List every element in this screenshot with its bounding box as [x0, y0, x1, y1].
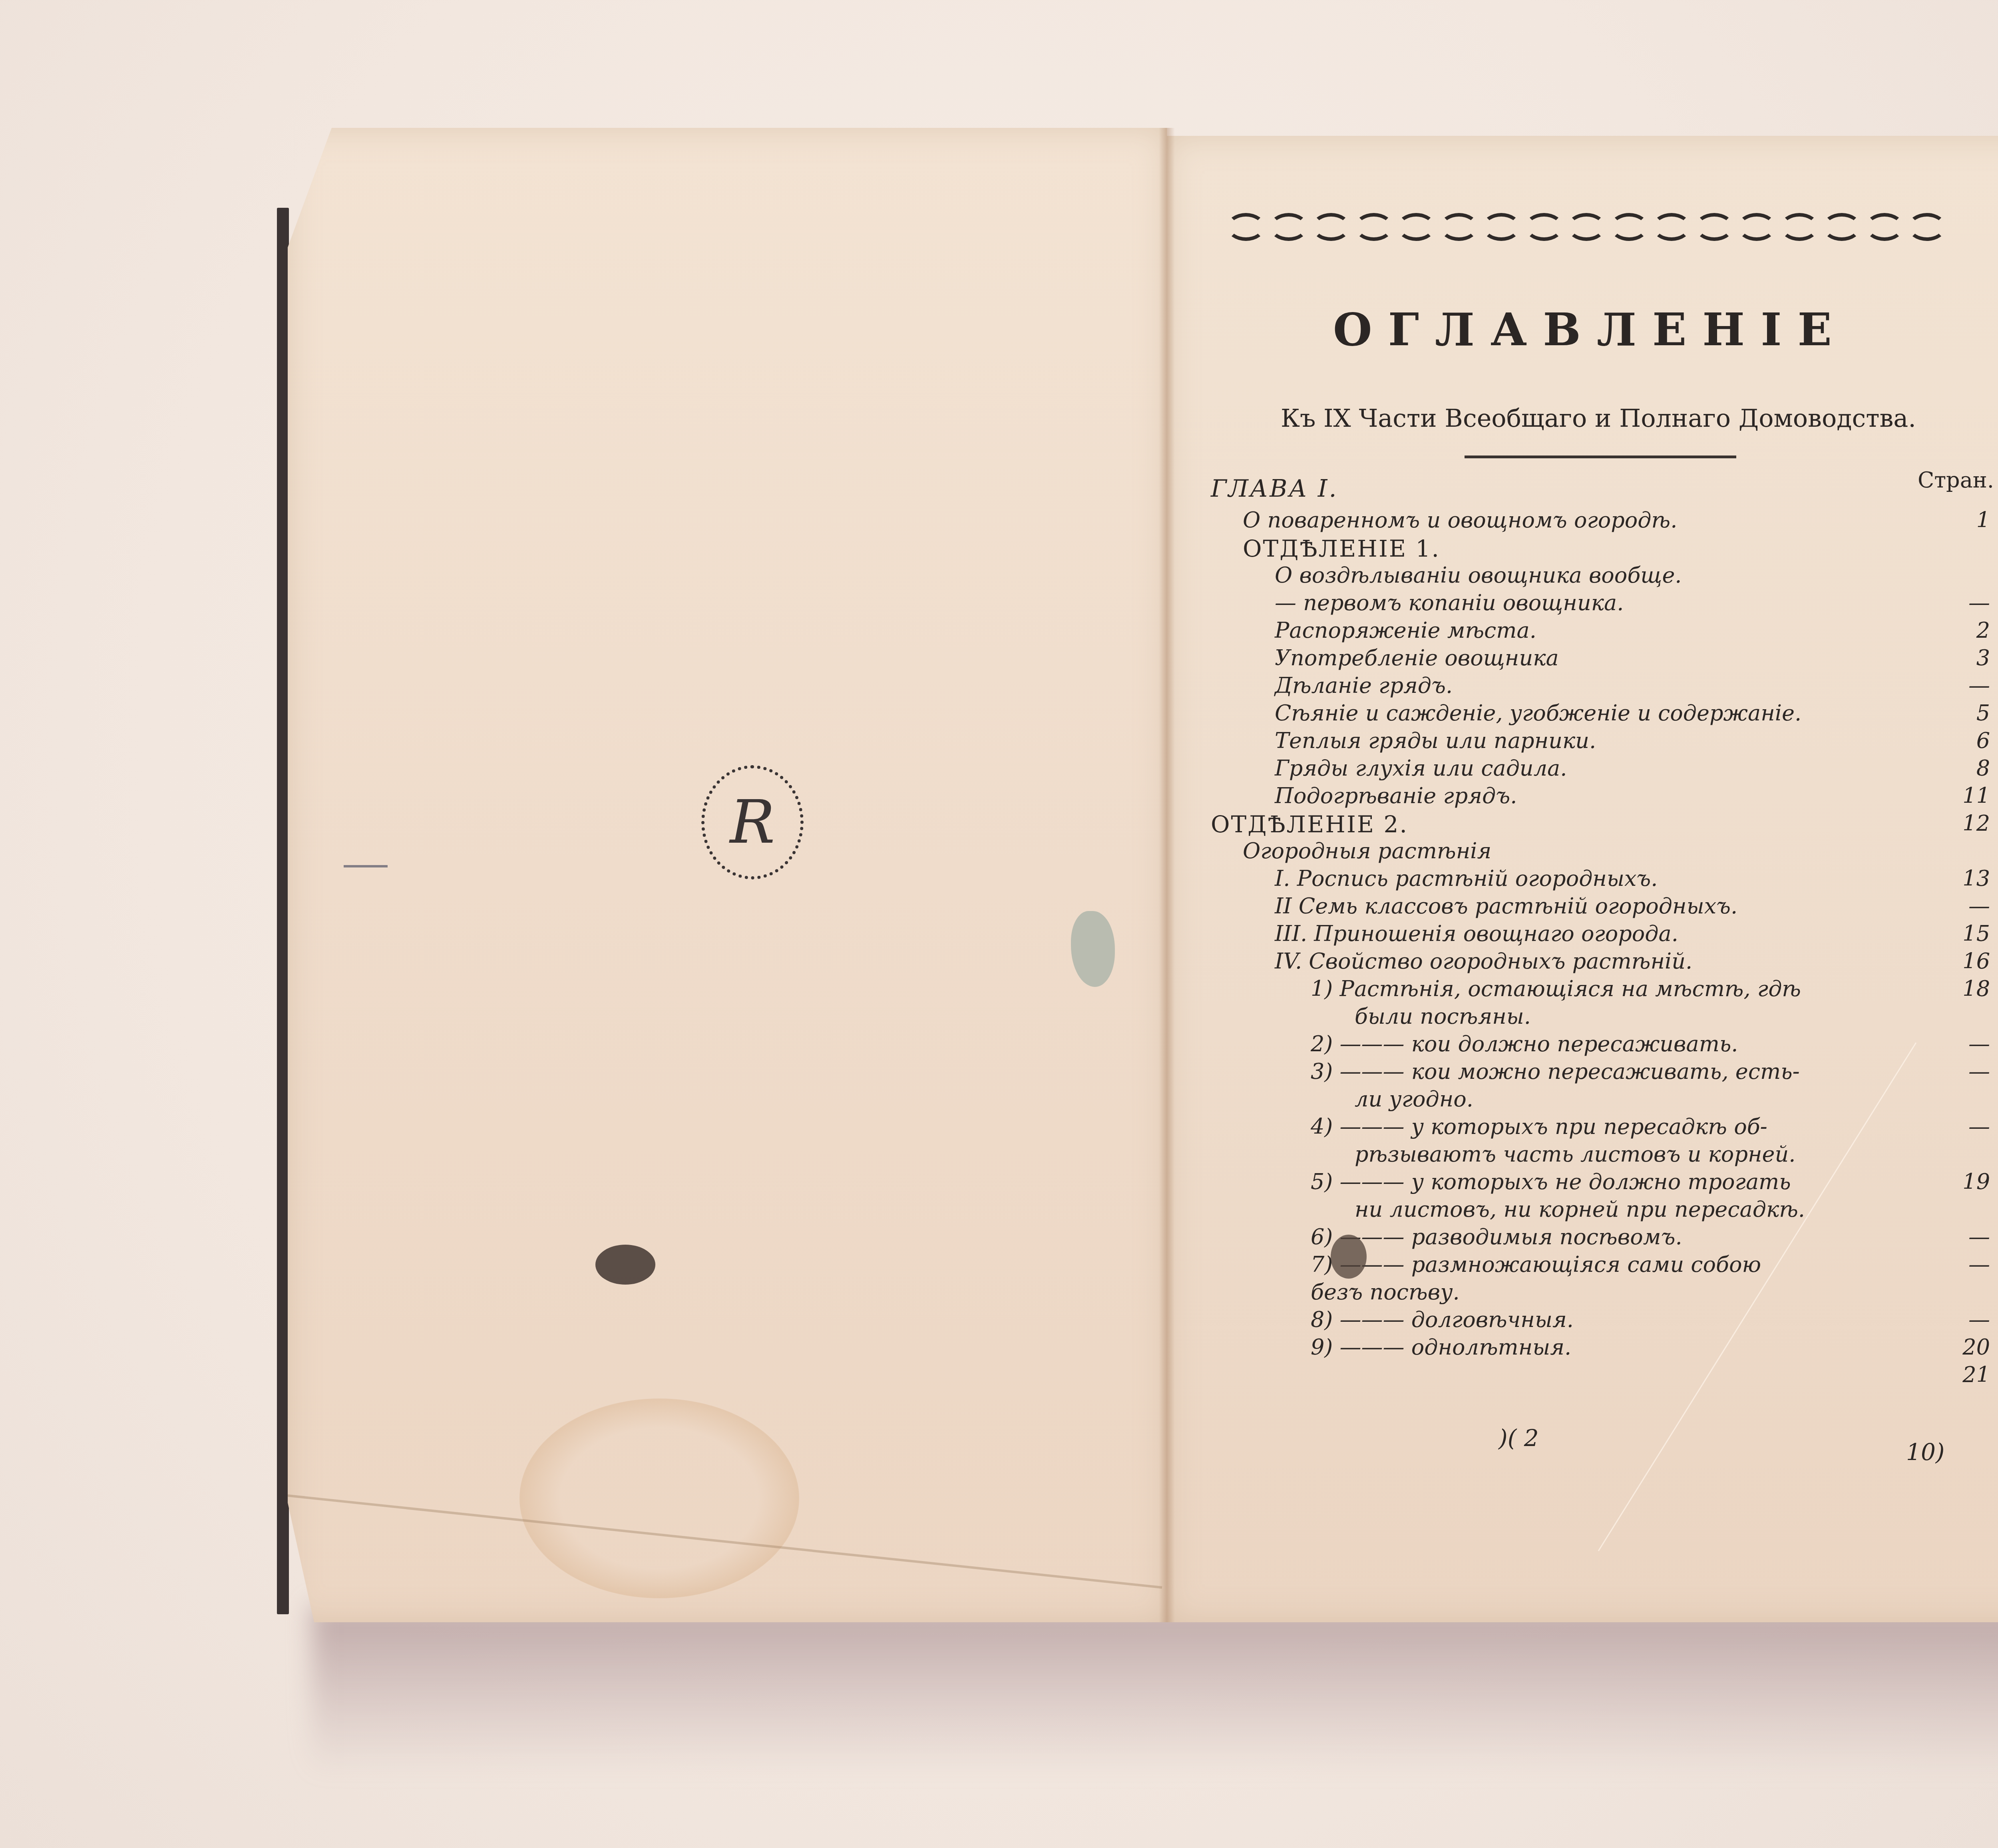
toc-section-row: ОТДѢЛЕНIЕ 2.12: [1211, 811, 1998, 838]
toc-entry-text: ли угодно.: [1355, 1086, 1473, 1112]
catchword: 10): [1906, 1438, 1944, 1466]
toc-page-number: 1: [1958, 507, 1990, 533]
toc-page-number: —: [1958, 590, 1990, 615]
toc-page-number: 2: [1958, 618, 1990, 643]
ornament-link-icon: [1397, 213, 1435, 241]
ornament-link-icon: [1780, 213, 1819, 241]
toc-row: Подогрѣванiе грядъ.11: [1211, 783, 1998, 811]
toc-entry-text: I. Роспись растѣнiй огородныхъ.: [1275, 866, 1658, 891]
toc-page-number: 11: [1958, 783, 1990, 808]
toc-entry-text: Огородныя растѣнiя: [1243, 838, 1491, 863]
toc-row: были посѣяны.: [1211, 1004, 1998, 1031]
toc-page-number: 21: [1958, 1362, 1990, 1387]
toc-entry-text: 2) ——— кои должно пересаживать.: [1311, 1031, 1738, 1056]
toc-row: 9) ——— однолѣтныя.20: [1211, 1335, 1998, 1362]
toc-row: IV. Свойство огородныхъ растѣнiй.16: [1211, 949, 1998, 976]
toc-row: О воздѣлыванiи овощника вообще.: [1211, 563, 1998, 590]
toc-page-number: —: [1958, 1252, 1990, 1277]
toc-page-number: —: [1958, 1031, 1990, 1056]
toc-entry-text: ОТДѢЛЕНIЕ 2.: [1211, 811, 1408, 838]
toc-page-number: —: [1958, 1114, 1990, 1139]
toc-row: Сѣянiе и сажденiе, угобженiе и содержанi…: [1211, 700, 1998, 728]
toc-row: III. Приношенiя овощнаго огорода.15: [1211, 921, 1998, 949]
toc-entry-text: Распоряженiе мѣста.: [1275, 618, 1536, 643]
toc-row: Употребленiе овощника3: [1211, 645, 1998, 673]
signature-mark: )( 2: [1498, 1424, 1539, 1452]
toc-page-number: 20: [1958, 1335, 1990, 1360]
ornament-link-icon: [1227, 213, 1265, 241]
toc-entry-text: О воздѣлыванiи овощника вообще.: [1275, 563, 1682, 588]
page-title: ОГЛАВЛЕНIЕ: [1231, 304, 1950, 356]
ornament-link-icon: [1610, 213, 1648, 241]
ink-stain: [595, 1245, 655, 1285]
toc-row: 1) Растѣнiя, остающiяся на мѣстѣ, гдѣ18: [1211, 976, 1998, 1004]
stamp-monogram: R: [730, 788, 775, 857]
ornament-link-icon: [1440, 213, 1478, 241]
left-page: [288, 128, 1167, 1622]
ornament-link-icon: [1865, 213, 1904, 241]
toc-page-number: 12: [1958, 811, 1990, 836]
ornament-link-icon: [1355, 213, 1393, 241]
toc-page-number: 8: [1958, 756, 1990, 781]
toc-row: I. Роспись растѣнiй огородныхъ.13: [1211, 866, 1998, 893]
toc-row: Огородныя растѣнiя: [1211, 838, 1998, 866]
toc-entry-text: О поваренномъ и овощномъ огородѣ.: [1243, 507, 1677, 533]
toc-page-number: 3: [1958, 645, 1990, 670]
chapter-heading: ГЛАВА I.: [1211, 475, 1338, 503]
toc-row: Теплыя гряды или парники.6: [1211, 728, 1998, 756]
ornament-link-icon: [1737, 213, 1776, 241]
toc-row: II Семь классовъ растѣнiй огородныхъ.—: [1211, 893, 1998, 921]
toc-row: ни листовъ, ни корней при пересадкѣ.: [1211, 1197, 1998, 1224]
toc-entry-text: ОТДѢЛЕНIЕ 1.: [1243, 535, 1440, 562]
toc-page-number: 18: [1958, 976, 1990, 1001]
toc-entries: О поваренномъ и овощномъ огородѣ.1ОТДѢЛЕ…: [1211, 507, 1998, 1362]
toc-row: 3) ——— кои можно пересаживать, есть-—: [1211, 1059, 1998, 1086]
book-gutter: [1159, 128, 1175, 1622]
toc-row: рѣзываютъ часть листовъ и корней.: [1211, 1142, 1998, 1169]
toc-page-number: —: [1958, 1307, 1990, 1332]
ornament-link-icon: [1312, 213, 1350, 241]
toc-entry-text: рѣзываютъ часть листовъ и корней.: [1355, 1142, 1795, 1167]
ornament-link-icon: [1567, 213, 1606, 241]
toc-page-number: 5: [1958, 700, 1990, 726]
toc-entry-text: 7) ——— размножающiяся сами собою: [1311, 1252, 1761, 1277]
toc-entry-text: 4) ——— у которыхъ при пересадкѣ об-: [1311, 1114, 1767, 1139]
toc-entry-text: Сѣянiе и сажденiе, угобженiе и содержанi…: [1275, 700, 1801, 726]
toc-entry-text: безъ посѣву.: [1311, 1279, 1460, 1305]
toc-row: Распоряженiе мѣста.2: [1211, 618, 1998, 645]
toc-page-number: —: [1958, 673, 1990, 698]
ornament-link-icon: [1908, 213, 1946, 241]
title-rule-divider: [1465, 456, 1736, 458]
toc-row: 6) ——— разводимыя посѣвомъ.—: [1211, 1224, 1998, 1252]
water-stain: [519, 1398, 799, 1598]
library-stamp-icon: R: [701, 765, 804, 879]
toc-entry-text: Дѣланiе грядъ.: [1275, 673, 1453, 698]
toc-page-number: 16: [1958, 949, 1990, 974]
ornament-link-icon: [1652, 213, 1691, 241]
toc-entry-text: IV. Свойство огородныхъ растѣнiй.: [1275, 949, 1692, 974]
toc-entry-text: 8) ——— долговѣчныя.: [1311, 1307, 1574, 1332]
toc-row: 7) ——— размножающiяся сами собою—: [1211, 1252, 1998, 1279]
toc-entry-text: 9) ——— однолѣтныя.: [1311, 1335, 1571, 1360]
page-subtitle: Къ IX Части Всеобщаго и Полнаго Домоводс…: [1199, 404, 1998, 433]
toc-row-last: 21: [1211, 1362, 1998, 1390]
toc-entry-text: Употребленiе овощника: [1275, 645, 1559, 670]
ornament-link-icon: [1482, 213, 1520, 241]
toc-entry-text: 1) Растѣнiя, остающiяся на мѣстѣ, гдѣ: [1311, 976, 1801, 1001]
toc-page-number: —: [1958, 1224, 1990, 1249]
decorative-ornament-band: [1227, 212, 1946, 242]
toc-entry-text: Гряды глухiя или садила.: [1275, 756, 1567, 781]
toc-row: О поваренномъ и овощномъ огородѣ.1: [1211, 507, 1998, 535]
toc-row: 5) ——— у которыхъ не должно трогать19: [1211, 1169, 1998, 1197]
table-of-contents: ГЛАВА I. Стран. О поваренномъ и овощномъ…: [1211, 467, 1998, 1390]
toc-page-number: 6: [1958, 728, 1990, 753]
ornament-link-icon: [1695, 213, 1733, 241]
toc-entry-text: 6) ——— разводимыя посѣвомъ.: [1311, 1224, 1682, 1249]
toc-row: 4) ——— у которыхъ при пересадкѣ об-—: [1211, 1114, 1998, 1142]
toc-entry-text: Подогрѣванiе грядъ.: [1275, 783, 1517, 808]
toc-entry-text: 5) ——— у которыхъ не должно трогать: [1311, 1169, 1791, 1194]
book-shadow: [312, 1606, 1998, 1774]
toc-page-number: —: [1958, 893, 1990, 919]
toc-row: — первомъ копанiи овощника.—: [1211, 590, 1998, 618]
toc-section-row: ОТДѢЛЕНIЕ 1.: [1211, 535, 1998, 563]
toc-page-number: 19: [1958, 1169, 1990, 1194]
pencil-mark: [344, 865, 388, 867]
toc-page-number: —: [1958, 1059, 1990, 1084]
ornament-link-icon: [1270, 213, 1308, 241]
toc-page-number: 13: [1958, 866, 1990, 891]
toc-page-number: 15: [1958, 921, 1990, 946]
ink-stain-small: [1331, 1235, 1367, 1279]
toc-row: Гряды глухiя или садила.8: [1211, 756, 1998, 783]
toc-entry-text: — первомъ копанiи овощника.: [1275, 590, 1624, 615]
toc-entry-text: III. Приношенiя овощнаго огорода.: [1275, 921, 1678, 946]
book-cover-edge-left: [277, 208, 289, 1614]
toc-entry-text: были посѣяны.: [1355, 1004, 1531, 1029]
toc-entry-text: ни листовъ, ни корней при пересадкѣ.: [1355, 1197, 1805, 1222]
ornament-link-icon: [1823, 213, 1861, 241]
toc-entry-text: Теплыя гряды или парники.: [1275, 728, 1596, 753]
toc-entry-text: 3) ——— кои можно пересаживать, есть-: [1311, 1059, 1800, 1084]
page-column-header: Стран.: [1918, 467, 1994, 493]
ornament-link-icon: [1525, 213, 1563, 241]
toc-row: 2) ——— кои должно пересаживать.—: [1211, 1031, 1998, 1059]
toc-row: Дѣланiе грядъ.—: [1211, 673, 1998, 700]
toc-header: ГЛАВА I. Стран.: [1211, 467, 1998, 507]
toc-entry-text: II Семь классовъ растѣнiй огородныхъ.: [1275, 893, 1737, 919]
toc-row: безъ посѣву.: [1211, 1279, 1998, 1307]
toc-row: 8) ——— долговѣчныя.—: [1211, 1307, 1998, 1335]
